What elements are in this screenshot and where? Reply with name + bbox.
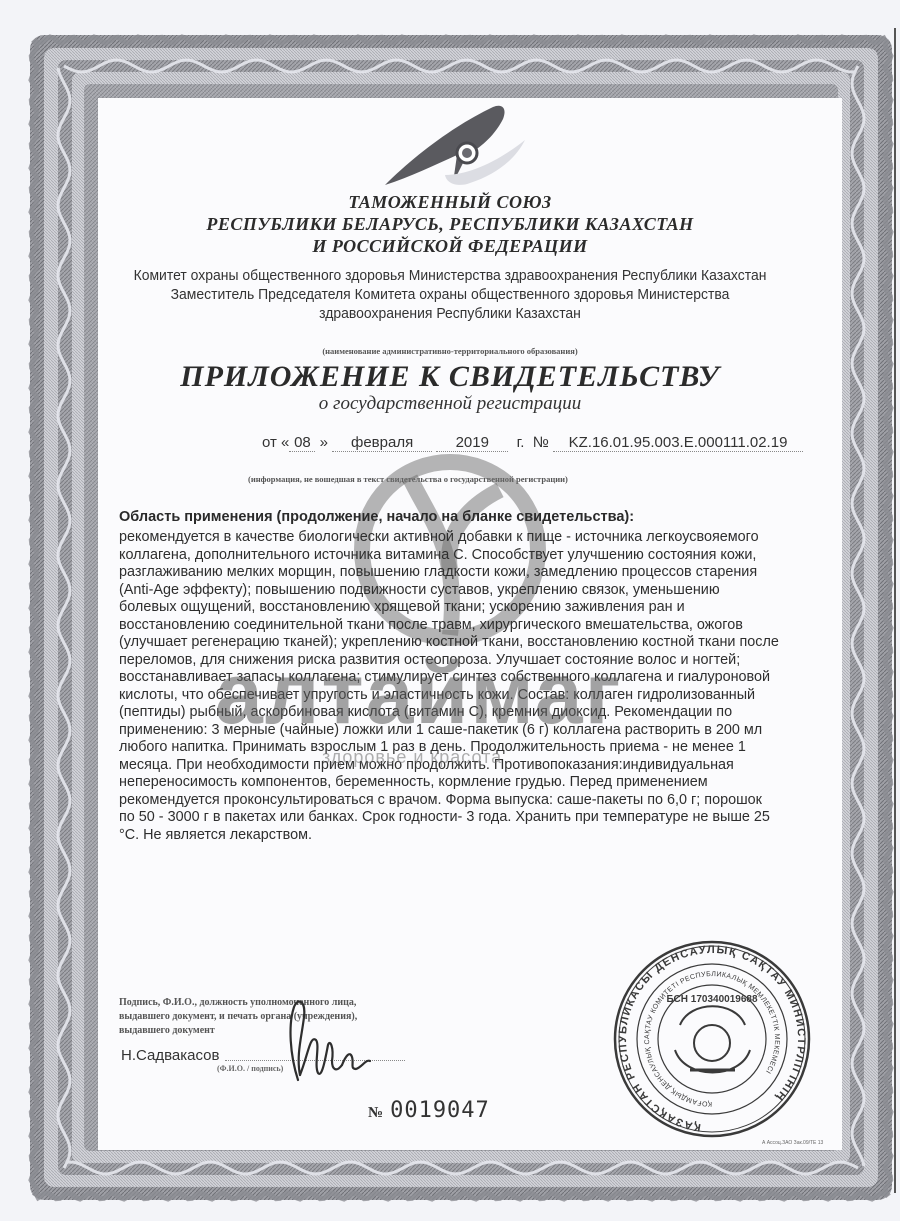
printer-mark: А Ассоц.ЗАО Зак.09/ТЕ 13: [762, 1140, 823, 1146]
scope-line: разглаживанию мелких морщин, повышению г…: [119, 564, 833, 582]
scope-line: рекомендуется в качестве биологически ак…: [119, 529, 833, 547]
handwritten-signature-icon: [270, 995, 390, 1085]
form-serial: №0019047: [368, 1098, 490, 1123]
registration-number: KZ.16.01.95.003.E.000111.02.19: [553, 434, 803, 452]
official-stamp-icon: ҚАЗАҚСТАН РЕСПУБЛИКАСЫ ДЕНСАУЛЫҚ САҚТАУ …: [605, 940, 820, 1140]
year-suffix: г.: [517, 434, 525, 451]
issuer-line-3: здравоохранения Республики Казахстан: [32, 304, 869, 323]
serial-label: №: [368, 1105, 384, 1121]
stamp-bin: БСН 170340019688: [666, 994, 757, 1005]
svg-text:ҚОҒАМДЫҚ ДЕНСАУЛЫҚ САҚТАУ КОМИ: ҚОҒАМДЫҚ ДЕНСАУЛЫҚ САҚТАУ КОМИТЕТІ РЕСПУ…: [644, 971, 780, 1107]
issuer-line-2: Заместитель Председателя Комитета охраны…: [32, 285, 869, 304]
scope-heading: Область применения (продолжение, начало …: [119, 509, 634, 525]
number-label: №: [533, 434, 549, 451]
scope-line: °С. Не является лекарством.: [119, 827, 833, 845]
scope-line: (Anti-Age эффекту); повышению подвижност…: [119, 582, 833, 600]
document-subtitle: о государственной регистрации: [0, 393, 900, 415]
document-title: ПРИЛОЖЕНИЕ К СВИДЕТЕЛЬСТВУ: [0, 360, 900, 394]
union-title-line-1: ТАМОЖЕННЫЙ СОЮЗ: [0, 192, 900, 213]
issuer-block: Комитет охраны общественного здоровья Ми…: [32, 266, 869, 323]
watermark-brand: алтаймаг: [215, 645, 622, 744]
scope-line: коллагена, дополнительного источника вит…: [119, 547, 833, 565]
stamp-middle-text: ҚОҒАМДЫҚ ДЕНСАУЛЫҚ САҚТАУ КОМИТЕТІ РЕСПУ…: [644, 971, 780, 1107]
scope-line: по 50 - 3000 г в пакетах или банках. Сро…: [119, 809, 833, 827]
from-label: от «: [262, 434, 289, 451]
issuer-caption: (наименование административно-территориа…: [0, 346, 900, 356]
scope-line: болевых ощущений, восстановлению хрящево…: [119, 599, 833, 617]
union-title-line-2: РЕСПУБЛИКИ БЕЛАРУСЬ, РЕСПУБЛИКИ КАЗАХСТА…: [0, 214, 900, 235]
customs-union-emblem-icon: [375, 95, 545, 190]
scope-line: рекомендуется проконсультироваться с вра…: [119, 792, 833, 810]
scope-line: восстановлению соединительной ткани посл…: [119, 617, 833, 635]
issuer-line-1: Комитет охраны общественного здоровья Ми…: [32, 266, 869, 285]
serial-number: 0019047: [390, 1098, 490, 1123]
union-title-line-3: И РОССИЙСКОЙ ФЕДЕРАЦИИ: [0, 236, 900, 257]
day-close-quote: »: [320, 434, 328, 451]
watermark-tagline: здоровье и красота: [322, 747, 502, 768]
registration-day: 08: [289, 434, 315, 452]
signer-name: Н.Садвакасов: [121, 1047, 219, 1064]
scope-line: непереносимость компонентов, беременност…: [119, 774, 833, 792]
